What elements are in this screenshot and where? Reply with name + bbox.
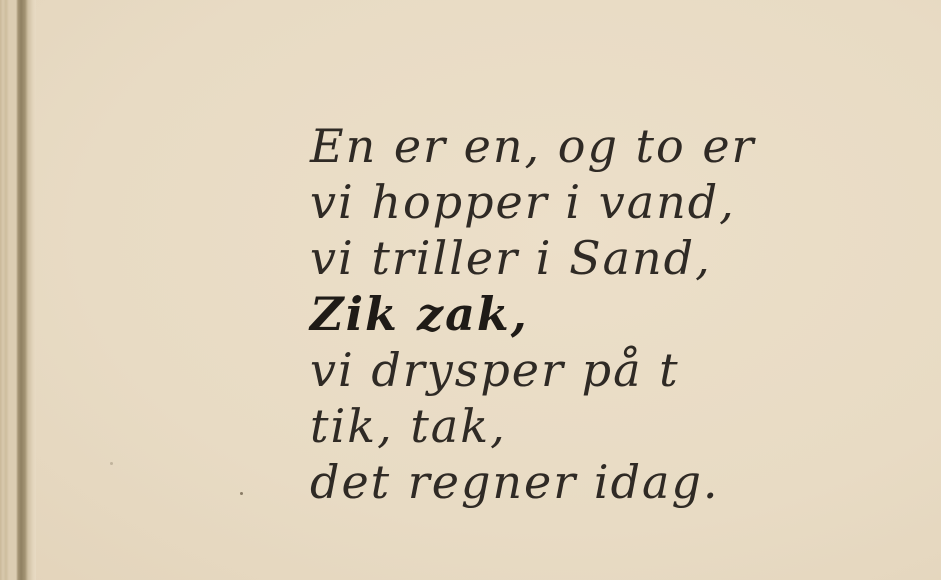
- poem-line-3: vi triller i Sand,: [310, 230, 756, 286]
- poem-line-4: Zik zak,: [310, 286, 756, 342]
- poem-line-6: tik, tak,: [310, 398, 756, 454]
- manuscript-page: En er en, og to er vi hopper i vand, vi …: [0, 0, 941, 580]
- poem-line-7: det regner idag.: [310, 454, 756, 510]
- poem-line-2: vi hopper i vand,: [310, 174, 756, 230]
- handwritten-poem: En er en, og to er vi hopper i vand, vi …: [310, 118, 756, 510]
- paper-speck: [110, 462, 113, 465]
- poem-line-5: vi drysper på t: [310, 342, 756, 398]
- page-binding-edge: [0, 0, 36, 580]
- paper-speck: [240, 492, 243, 495]
- poem-line-1: En er en, og to er: [310, 118, 756, 174]
